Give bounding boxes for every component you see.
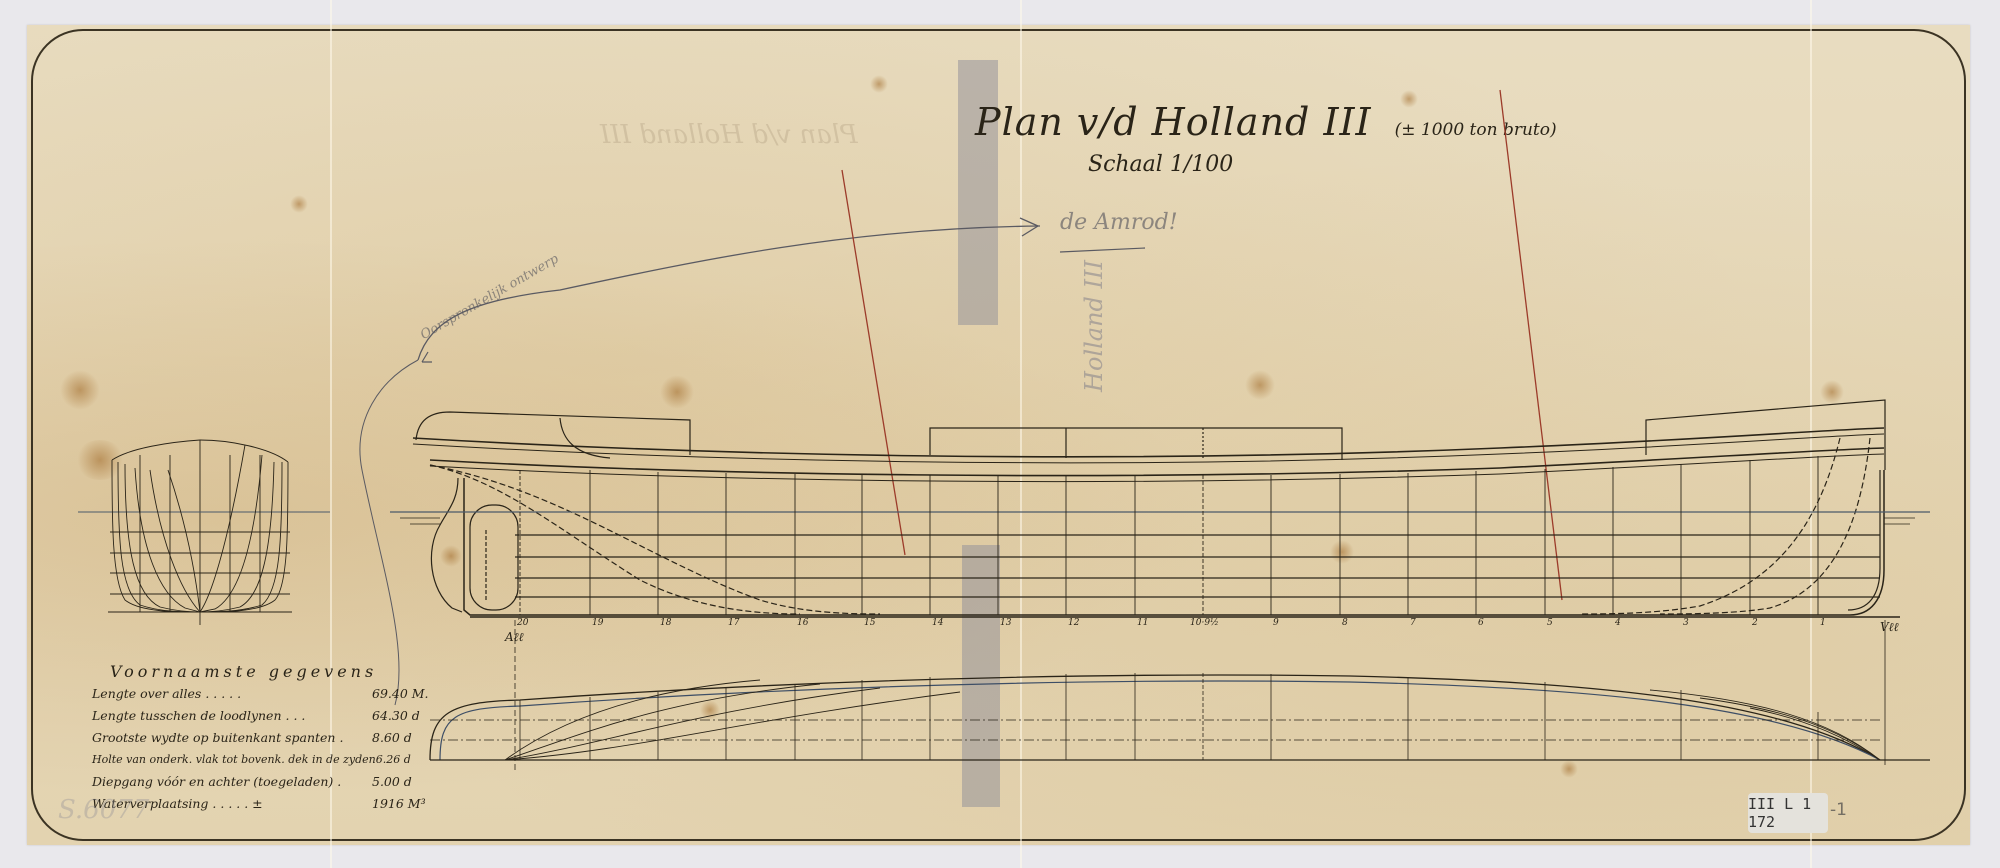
specifications-heading: Voornaamste gegevens [110,662,452,681]
spec-row: Lengte over alles . . . . . 69.40 M. [92,683,452,705]
station-number: 19 [592,618,603,628]
spec-label: Holte van onderk. vlak tot bovenk. dek i… [92,749,376,771]
aft-perpendicular-label: Aℓℓ [505,630,524,645]
station-number: 3 [1683,618,1689,628]
spec-label: Lengte over alles . . . . . [92,683,241,705]
spec-label: Lengte tusschen de loodlynen . . . [92,705,305,727]
station-number: 11 [1137,618,1148,628]
spec-label: Diepgang vóór en achter (toegeladen) . [92,771,341,793]
station-number: 4 [1615,618,1621,628]
spec-value: 6.26 d [376,749,456,771]
spec-value: 1916 M³ [372,793,452,815]
spec-row: Diepgang vóór en achter (toegeladen) . 5… [92,771,452,793]
specifications-table: Voornaamste gegevens Lengte over alles .… [92,662,452,815]
station-number: 15 [864,618,875,628]
spec-value: 8.60 d [372,727,452,749]
spec-label: Grootste wydte op buitenkant spanten . [92,727,343,749]
catalog-suffix: -1 [1830,800,1847,820]
station-number: 2 [1752,618,1758,628]
station-number: 17 [728,618,739,628]
station-number: 7 [1410,618,1416,628]
station-number: 5 [1547,618,1553,628]
station-number: 20 [517,618,528,628]
spec-value: 64.30 d [372,705,452,727]
station-number: 12 [1068,618,1079,628]
station-number: 18 [660,618,671,628]
station-number: 8 [1342,618,1348,628]
spec-row: Holte van onderk. vlak tot bovenk. dek i… [92,749,452,771]
station-number: 1 [1820,618,1826,628]
spec-value: 69.40 M. [372,683,452,705]
spec-row: Grootste wydte op buitenkant spanten . 8… [92,727,452,749]
spec-row: Lengte tusschen de loodlynen . . . 64.30… [92,705,452,727]
station-number: 16 [797,618,808,628]
spec-value: 5.00 d [372,771,452,793]
station-number: 13 [1000,618,1011,628]
catalog-label: III L 1 172 [1748,793,1828,833]
station-number: 10·9½ [1190,618,1219,628]
archive-stamp: S.6077 [58,795,149,825]
station-number: 14 [932,618,943,628]
station-number: 9 [1273,618,1279,628]
station-number: 6 [1478,618,1484,628]
fore-perpendicular-label: Vℓℓ [1880,620,1899,635]
